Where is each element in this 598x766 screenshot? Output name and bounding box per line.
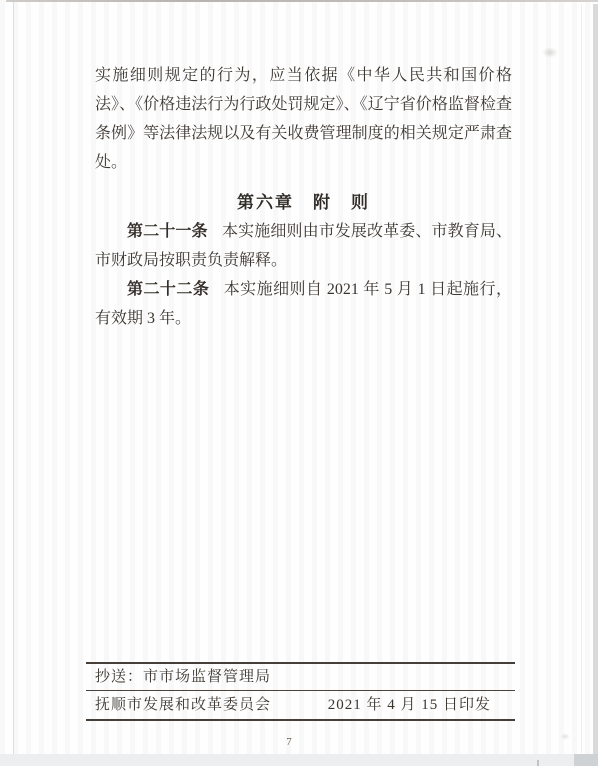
- issuer-name: 抚顺市发展和改革委员会: [95, 696, 271, 714]
- scan-top-edge-line: [6, 0, 598, 2]
- scan-smudge: [537, 760, 539, 766]
- document-body: 实施细则规定的行为，应当依据《中华人民共和国价格法》、《价格违法行为行政处罚规定…: [95, 61, 512, 333]
- article-22-label: 第二十二条: [127, 281, 209, 298]
- scan-right-faint-line: [581, 4, 582, 753]
- scan-corner-patch: [574, 754, 598, 766]
- cc-label: 抄送：: [95, 669, 143, 685]
- print-date: 2021 年 4 月 15 日印发: [328, 696, 491, 714]
- cc-row: 抄送：市市场监督管理局: [86, 664, 515, 691]
- scan-left-fold-line: [13, 0, 14, 754]
- scan-smudge: [542, 47, 558, 58]
- cc-value: 市市场监督管理局: [143, 669, 271, 685]
- scan-bottom-edge-strip: [0, 754, 598, 766]
- page-number: 7: [0, 736, 578, 748]
- article-22: 第二十二条本实施细则自 2021 年 5 月 1 日起施行，有效期 3 年。: [95, 275, 512, 333]
- chapter-heading: 第六章 附 则: [95, 188, 512, 217]
- continuation-paragraph: 实施细则规定的行为，应当依据《中华人民共和国价格法》、《价格违法行为行政处罚规定…: [95, 61, 512, 177]
- scanned-document-page: 实施细则规定的行为，应当依据《中华人民共和国价格法》、《价格违法行为行政处罚规定…: [0, 0, 598, 766]
- article-21-label: 第二十一条: [127, 223, 208, 240]
- issuer-row: 抚顺市发展和改革委员会 2021 年 4 月 15 日印发: [86, 691, 515, 719]
- scan-right-edge-strip: [593, 4, 598, 754]
- article-21: 第二十一条本实施细则由市发展改革委、市教育局、市财政局按职责负责解释。: [95, 217, 512, 275]
- document-footer: 抄送：市市场监督管理局 抚顺市发展和改革委员会 2021 年 4 月 15 日印…: [86, 662, 515, 721]
